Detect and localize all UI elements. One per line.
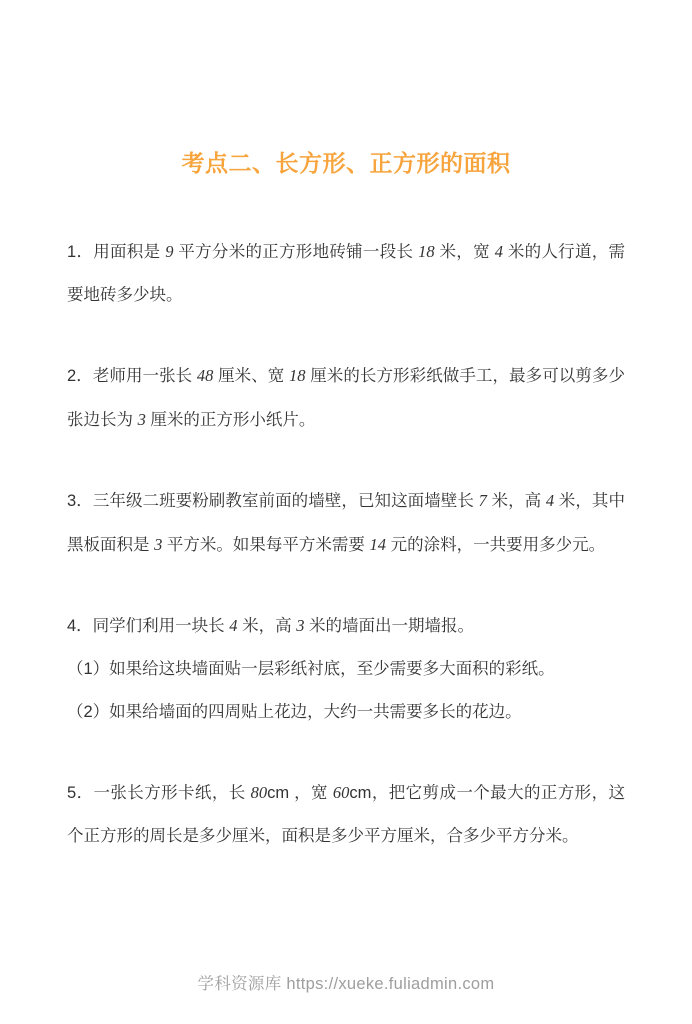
- question-3: 3．三年级二班要粉刷教室前面的墙壁，已知这面墙壁长 7 米，高 4 米，其中黑板…: [67, 479, 625, 567]
- question-number-value: 7: [479, 491, 487, 510]
- question-number-value: 4: [546, 491, 554, 510]
- question-text: 1．用面积是 9 平方分米的正方形地砖铺一段长 18 米，宽 4 米的人行道，需…: [67, 230, 625, 317]
- question-number-value: 80: [251, 783, 268, 802]
- question-1: 1．用面积是 9 平方分米的正方形地砖铺一段长 18 米，宽 4 米的人行道，需…: [67, 230, 625, 317]
- question-text-segment: （1）如果给这块墙面贴一层彩纸衬底，至少需要多大面积的彩纸。: [67, 660, 555, 678]
- question-text-segment: 元的涂料，一共要用多少元。: [386, 536, 605, 554]
- questions-list: 1．用面积是 9 平方分米的正方形地砖铺一段长 18 米，宽 4 米的人行道，需…: [67, 230, 625, 858]
- question-text-segment: 3．三年级二班要粉刷教室前面的墙壁，已知这面墙壁长: [67, 492, 479, 510]
- question-text-segment: 米，宽: [435, 243, 495, 261]
- question-text-segment: 厘米、宽: [213, 367, 289, 385]
- question-text: （1）如果给这块墙面贴一层彩纸衬底，至少需要多大面积的彩纸。: [67, 648, 625, 691]
- question-number-value: 4: [495, 242, 503, 261]
- question-number-value: 18: [418, 242, 435, 261]
- question-text-segment: 1．用面积是: [67, 243, 165, 261]
- page-title: 考点二、长方形、正方形的面积: [67, 148, 625, 178]
- question-2: 2．老师用一张长 48 厘米、宽 18 厘米的长方形彩纸做手工，最多可以剪多少张…: [67, 354, 625, 442]
- question-text-segment: （2）如果给墙面的四周贴上花边，大约一共需要多长的花边。: [67, 703, 522, 721]
- question-4: 4．同学们利用一块长 4 米，高 3 米的墙面出一期墙报。（1）如果给这块墙面贴…: [67, 604, 625, 734]
- question-text: （2）如果给墙面的四周贴上花边，大约一共需要多长的花边。: [67, 691, 625, 734]
- page-footer: 学科资源库 https://xueke.fuliadmin.com: [0, 970, 692, 994]
- question-text-segment: 米，高: [487, 492, 546, 510]
- question-number-value: 18: [289, 366, 306, 385]
- question-text-segment: 5．一张长方形卡纸，长: [67, 784, 251, 802]
- question-text: 4．同学们利用一块长 4 米，高 3 米的墙面出一期墙报。: [67, 604, 625, 648]
- question-number-value: 3: [138, 410, 146, 429]
- question-text-segment: 2．老师用一张长: [67, 367, 197, 385]
- question-text-segment: 米的墙面出一期墙报。: [304, 617, 474, 635]
- question-text-segment: 4．同学们利用一块长: [67, 617, 229, 635]
- question-text-segment: 厘米的正方形小纸片。: [146, 411, 316, 429]
- question-number-value: 48: [197, 366, 214, 385]
- question-text-segment: 平方米。如果每平方米需要: [162, 536, 369, 554]
- question-text: 5．一张长方形卡纸，长 80cm ，宽 60cm，把它剪成一个最大的正方形，这个…: [67, 771, 625, 858]
- question-text-segment: 平方分米的正方形地砖铺一段长: [173, 243, 418, 261]
- question-text: 2．老师用一张长 48 厘米、宽 18 厘米的长方形彩纸做手工，最多可以剪多少张…: [67, 354, 625, 442]
- question-text-segment: 米，高: [238, 617, 297, 635]
- worksheet-page: 考点二、长方形、正方形的面积 1．用面积是 9 平方分米的正方形地砖铺一段长 1…: [0, 0, 692, 1024]
- question-text: 3．三年级二班要粉刷教室前面的墙壁，已知这面墙壁长 7 米，高 4 米，其中黑板…: [67, 479, 625, 567]
- question-text-segment: cm ，宽: [267, 784, 333, 802]
- question-5: 5．一张长方形卡纸，长 80cm ，宽 60cm，把它剪成一个最大的正方形，这个…: [67, 771, 625, 858]
- question-number-value: 14: [370, 535, 387, 554]
- question-number-value: 60: [333, 783, 350, 802]
- question-number-value: 4: [229, 616, 237, 635]
